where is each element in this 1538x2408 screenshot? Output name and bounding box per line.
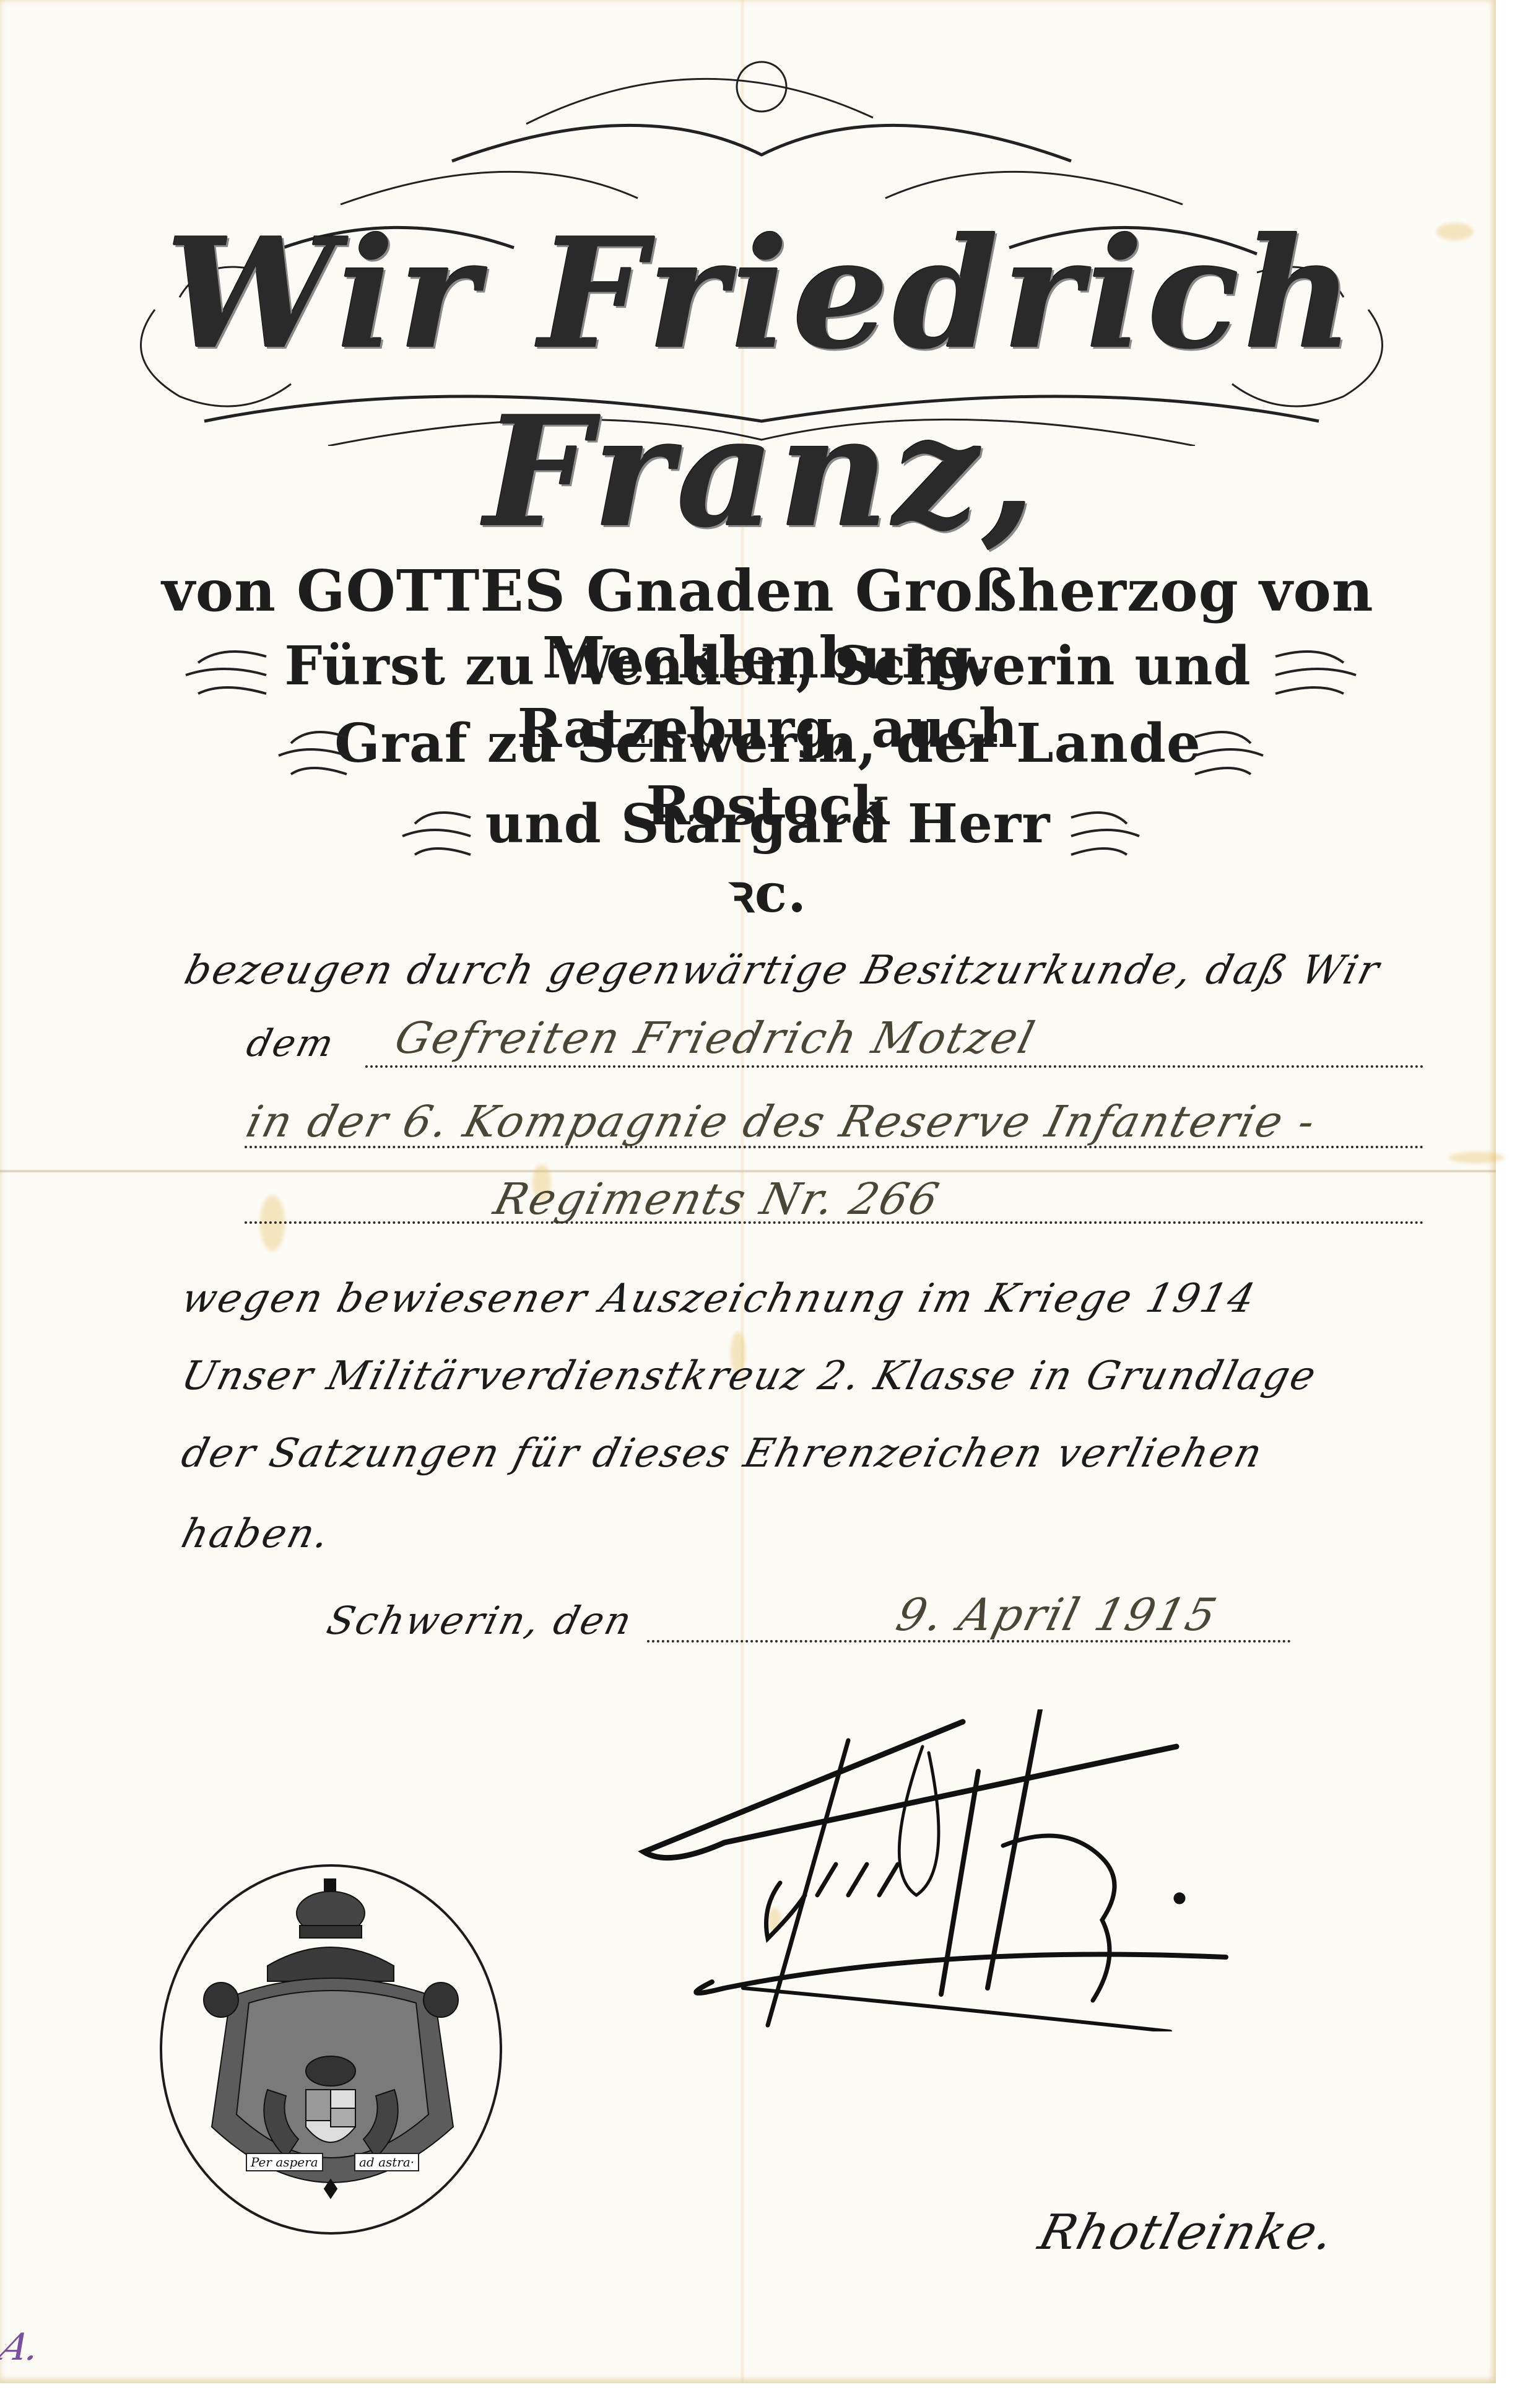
motto-left: Per aspera xyxy=(246,2153,323,2171)
fill-in-line-1 xyxy=(365,1065,1424,1068)
recipient-rank-name: Gefreiten Friedrich Motzel xyxy=(390,1013,1041,1063)
recipient-regiment: Regiments Nr. 266 xyxy=(489,1174,945,1224)
sovereign-signature: Friedrich Franz. xyxy=(632,1709,1412,2031)
horizontal-fold-crease xyxy=(0,1169,1496,1173)
fill-in-line-2 xyxy=(245,1146,1424,1148)
left-flourish-icon xyxy=(396,799,477,867)
right-flourish-icon xyxy=(1269,638,1368,712)
body-line-7: der Satzungen für dieses Ehrenzeichen ve… xyxy=(177,1431,1269,1477)
countersignature: Rhotleinke. xyxy=(1033,2205,1340,2261)
coat-of-arms-seal: Per aspera ad astra· xyxy=(160,1864,502,2235)
document-title: Wir Friedrich Franz, xyxy=(80,204,1443,561)
left-flourish-icon xyxy=(272,718,353,787)
body-line-1: bezeugen durch gegenwärtige Besitzurkund… xyxy=(180,948,1386,993)
intro-line-4: und Stargard Herr ꝛc. xyxy=(477,793,1059,928)
place-label: Schwerin, den xyxy=(323,1598,638,1643)
date-fill-in-line xyxy=(647,1640,1291,1642)
fill-in-line-3 xyxy=(245,1221,1424,1224)
svg-text:Friedrich Franz.: Friedrich Franz. xyxy=(632,1709,637,1710)
coat-of-arms-icon xyxy=(162,1867,500,2232)
body-line-8: haben. xyxy=(177,1511,336,1557)
age-stain xyxy=(1449,1152,1505,1163)
right-flourish-icon xyxy=(1065,799,1145,867)
body-line-6: Unser Militärverdienstkreuz 2. Klasse in… xyxy=(177,1353,1322,1399)
body-line-2-prefix: dem xyxy=(242,1022,339,1065)
issue-date: 9. April 1915 xyxy=(892,1589,1223,1641)
right-flourish-icon xyxy=(1189,718,1269,787)
body-line-5: wegen bewiesener Auszeichnung im Kriege … xyxy=(177,1276,1261,1322)
left-flourish-icon xyxy=(173,638,272,712)
motto-right: ad astra· xyxy=(354,2153,419,2171)
title-block: Wir Friedrich Franz, xyxy=(80,50,1443,446)
recipient-unit: in der 6. Kompagnie des Reserve Infanter… xyxy=(241,1096,1322,1147)
